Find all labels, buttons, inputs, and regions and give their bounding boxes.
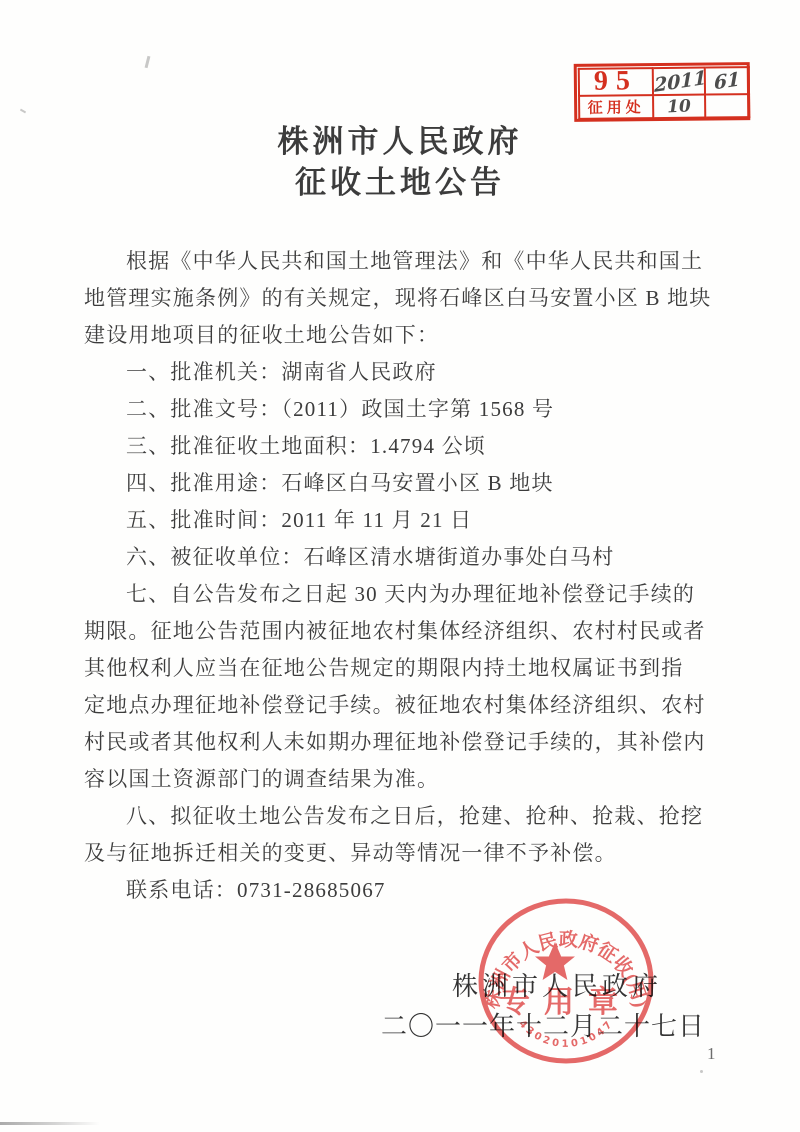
title-line-2: 征收土地公告 <box>0 162 800 203</box>
scan-speck <box>20 109 26 114</box>
body-text-line: 二、批准文号：（2011）政国土字第 1568 号 <box>84 391 724 428</box>
document-title: 株洲市人民政府 征收土地公告 <box>0 121 800 203</box>
body-text-line: 八、拟征收土地公告发布之日后，抢建、抢种、抢栽、抢挖 <box>84 798 724 835</box>
seal-inner-text: 专用章 <box>500 985 632 1019</box>
scan-speck <box>700 1070 703 1073</box>
body-text-line: 三、批准征收土地面积：1.4794 公顷 <box>84 428 724 465</box>
body-text-line: 地管理实施条例》的有关规定，现将石峰区白马安置小区 B 地块 <box>84 280 724 317</box>
registration-stamp-box: 95 2011 61 征用处 10 <box>574 62 751 122</box>
body-text-line: 容以国土资源部门的调查结果为准。 <box>84 761 724 798</box>
stamp-year-handwritten: 2011 <box>654 66 707 96</box>
stamp-serial-handwritten: 61 <box>714 68 740 94</box>
official-seal: 株洲市人民政府征收(用)土地公告 专用章 4302010104788 <box>474 896 658 1066</box>
page-number: 1 <box>707 1044 716 1064</box>
body-text-line: 六、被征收单位：石峰区清水塘街道办事处白马村 <box>84 539 724 576</box>
stamp-number-printed: 95 <box>594 65 638 96</box>
scan-smudge <box>0 1122 100 1125</box>
stamp-office-label: 征用处 <box>588 100 645 117</box>
body-text-line: 建设用地项目的征收土地公告如下： <box>84 317 724 354</box>
scanned-document-page: 95 2011 61 征用处 10 株洲市人民政府 征收土地公告 根据《中华人民… <box>0 0 800 1132</box>
body-text-line: 一、批准机关：湖南省人民政府 <box>84 354 724 391</box>
body-text-line: 期限。征地公告范围内被征地农村集体经济组织、农村村民或者 <box>84 613 724 650</box>
stamp-entry-handwritten: 10 <box>667 96 692 117</box>
body-text-line: 五、批准时间：2011 年 11 月 21 日 <box>84 502 724 539</box>
body-text-line: 其他权利人应当在征地公告规定的期限内持土地权属证书到指 <box>84 650 724 687</box>
body-text-line: 村民或者其他权利人未如期办理征地补偿登记手续的，其补偿内 <box>84 724 724 761</box>
title-line-1: 株洲市人民政府 <box>0 121 800 162</box>
body-text-line: 定地点办理征地补偿登记手续。被征地农村集体经济组织、农村 <box>84 687 724 724</box>
registration-stamp-table: 95 2011 61 征用处 10 <box>578 66 751 120</box>
body-text-line: 七、自公告发布之日起 30 天内为办理征地补偿登记手续的 <box>84 576 724 613</box>
body-text-line: 根据《中华人民共和国土地管理法》和《中华人民共和国土 <box>84 243 724 280</box>
body-text-line: 及与征地拆迁相关的变更、异动等情况一律不予补偿。 <box>84 835 724 872</box>
document-body: 根据《中华人民共和国土地管理法》和《中华人民共和国土地管理实施条例》的有关规定，… <box>84 243 724 909</box>
body-text-line: 四、批准用途：石峰区白马安置小区 B 地块 <box>84 465 724 502</box>
scan-speck <box>145 56 151 68</box>
